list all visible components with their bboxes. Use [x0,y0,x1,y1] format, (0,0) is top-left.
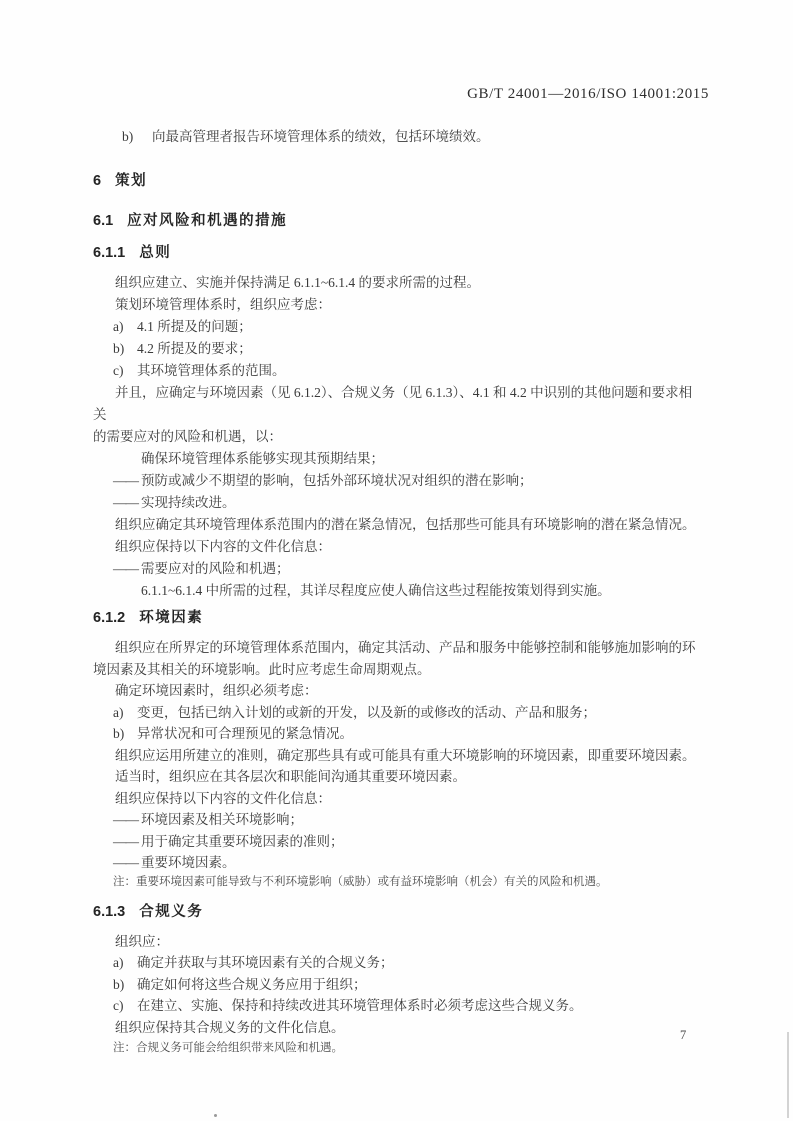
section-number: 6.1.2 [93,610,125,626]
dash-item: 6.1.1~6.1.4 中所需的过程，其详尽程度应使人确信这些过程能按策划得到实… [93,580,705,602]
list-marker: a) [113,316,137,338]
page-number: 7 [680,1028,686,1043]
document-content: b) 向最高管理者报告环境管理体系的绩效，包括环境绩效。 6策划 6.1应对风险… [93,120,705,1056]
list-item: c) 其环境管理体系的范围。 [93,360,705,382]
dash-text: 确保环境管理体系能够实现其预期结果； [141,448,384,470]
standard-code: GB/T 24001—2016/ISO 14001:2015 [467,86,709,102]
dash-marker: —— [113,852,141,874]
paragraph: 组织应确定其环境管理体系范围内的潜在紧急情况，包括那些可能具有环境影响的潜在紧急… [93,514,705,536]
list-item: c) 在建立、实施、保持和持续改进其环境管理体系时必须考虑这些合规义务。 [93,995,705,1017]
dash-item: 确保环境管理体系能够实现其预期结果； [93,448,705,470]
dash-item: —— 用于确定其重要环境因素的准则； [93,831,705,853]
paragraph-line: 并且，应确定与环境因素（见 6.1.2）、合规义务（见 6.1.3）、4.1 和… [93,382,705,426]
dash-text: 预防或减少不期望的影响，包括外部环境状况对组织的潜在影响； [141,470,533,492]
paragraph-line: 组织应在所界定的环境管理体系范围内，确定其活动、产品和服务中能够控制和能够施加影… [93,637,705,659]
list-text: 确定并获取与其环境因素有关的合规义务； [137,952,394,974]
list-marker: a) [113,952,137,974]
dash-marker: —— [113,831,141,853]
paragraph: 组织应建立、实施并保持满足 6.1.1~6.1.4 的要求所需的过程。 [93,272,705,294]
section-number: 6.1.3 [93,904,125,920]
list-marker: b) [113,974,137,996]
paragraph-line: 的需要应对的风险和机遇，以： [93,426,705,448]
list-text: 其环境管理体系的范围。 [137,360,286,382]
list-item: b) 4.2 所提及的要求； [93,338,705,360]
paragraph: 组织应保持以下内容的文件化信息： [93,536,705,558]
section-6-1-1-body: 组织应建立、实施并保持满足 6.1.1~6.1.4 的要求所需的过程。 策划环境… [93,272,705,602]
dash-marker [113,448,141,470]
dash-item: —— 实现持续改进。 [93,492,705,514]
list-text: 确定如何将这些合规义务应用于组织； [137,974,367,996]
paragraph: 确定环境因素时，组织必须考虑： [93,680,705,702]
list-item-b-carryover: b) 向最高管理者报告环境管理体系的绩效，包括环境绩效。 [93,126,705,148]
note: 注：重要环境因素可能导致与不利环境影响（威胁）或有益环境影响（机会）有关的风险和… [93,874,705,890]
dash-text: 实现持续改进。 [141,492,236,514]
section-title: 应对风险和机遇的措施 [127,213,287,229]
list-text: 异常状况和可合理预见的紧急情况。 [137,723,353,745]
scan-artifact-line [787,1032,789,1118]
section-number: 6.1 [93,213,113,229]
list-text: 4.2 所提及的要求； [137,338,252,360]
list-marker: b) [113,338,137,360]
list-marker: c) [113,995,137,1017]
dash-text: 环境因素及相关环境影响； [141,809,303,831]
dash-text: 需要应对的风险和机遇； [141,558,290,580]
dash-marker: —— [113,558,141,580]
section-6-1-3-body: 组织应： a) 确定并获取与其环境因素有关的合规义务； b) 确定如何将这些合规… [93,931,705,1057]
list-item: a) 确定并获取与其环境因素有关的合规义务； [93,952,705,974]
paragraph: 组织应保持其合规义务的文件化信息。 [93,1017,705,1039]
dash-item: —— 需要应对的风险和机遇； [93,558,705,580]
list-text: 在建立、实施、保持和持续改进其环境管理体系时必须考虑这些合规义务。 [137,995,583,1017]
section-heading-6-1-2: 6.1.2环境因素 [93,607,705,629]
dash-marker: —— [113,492,141,514]
list-item: a) 变更，包括已纳入计划的或新的开发，以及新的或修改的活动、产品和服务； [93,702,705,724]
paragraph: 组织应保持以下内容的文件化信息： [93,788,705,810]
dash-marker: —— [113,470,141,492]
paragraph: 适当时，组织应在其各层次和职能间沟通其重要环境因素。 [93,766,705,788]
paragraph: 策划环境管理体系时，组织应考虑： [93,294,705,316]
section-heading-6-1-3: 6.1.3合规义务 [93,901,705,923]
list-text: 变更，包括已纳入计划的或新的开发，以及新的或修改的活动、产品和服务； [137,702,596,724]
section-heading-6-1-1: 6.1.1总则 [93,242,705,264]
list-marker: a) [113,702,137,724]
dash-marker: —— [113,809,141,831]
scan-artifact-dot [214,1114,217,1117]
paragraph-line: 境因素及其相关的环境影响。此时应考虑生命周期观点。 [93,659,705,681]
dash-text: 用于确定其重要环境因素的准则； [141,831,344,853]
dash-item: —— 环境因素及相关环境影响； [93,809,705,831]
section-title: 合规义务 [139,904,203,920]
dash-item: —— 重要环境因素。 [93,852,705,874]
section-title: 环境因素 [139,610,203,626]
list-item: b) 确定如何将这些合规义务应用于组织； [93,974,705,996]
section-number: 6.1.1 [93,245,125,261]
section-6-1-2-body: 组织应在所界定的环境管理体系范围内，确定其活动、产品和服务中能够控制和能够施加影… [93,637,705,890]
document-page: GB/T 24001—2016/ISO 14001:2015 b) 向最高管理者… [0,0,793,1121]
paragraph: 组织应运用所建立的准则，确定那些具有或可能具有重大环境影响的环境因素，即重要环境… [93,745,705,767]
list-text: 向最高管理者报告环境管理体系的绩效，包括环境绩效。 [152,126,490,148]
paragraph: 组织应： [93,931,705,953]
dash-marker [113,580,141,602]
section-number: 6 [93,173,101,189]
note: 注：合规义务可能会给组织带来风险和机遇。 [93,1040,705,1056]
list-marker: b) [113,723,137,745]
dash-item: —— 预防或减少不期望的影响，包括外部环境状况对组织的潜在影响； [93,470,705,492]
standard-code-header: GB/T 24001—2016/ISO 14001:2015 [467,86,709,103]
list-text: 4.1 所提及的问题； [137,316,252,338]
dash-text: 重要环境因素。 [141,852,236,874]
list-marker: b) [122,126,152,148]
section-heading-6-1: 6.1应对风险和机遇的措施 [93,210,705,232]
section-title: 策划 [115,173,147,189]
list-item: a) 4.1 所提及的问题； [93,316,705,338]
section-heading-6: 6策划 [93,170,705,192]
list-marker: c) [113,360,137,382]
dash-text: 6.1.1~6.1.4 中所需的过程，其详尽程度应使人确信这些过程能按策划得到实… [141,580,611,602]
list-item: b) 异常状况和可合理预见的紧急情况。 [93,723,705,745]
section-title: 总则 [139,245,171,261]
